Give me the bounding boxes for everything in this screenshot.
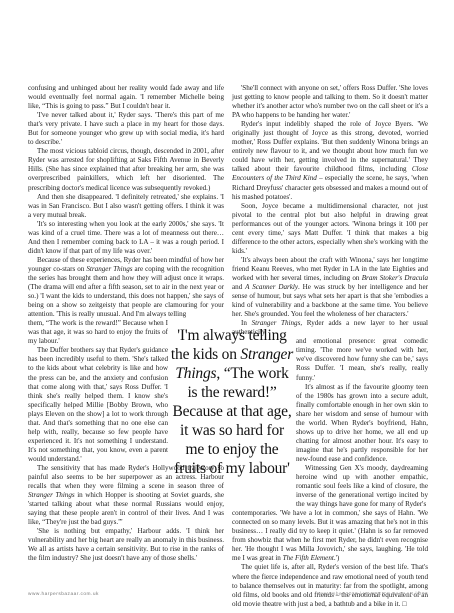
body-paragraph: 'It's so interesting when you look at th… — [28, 220, 224, 256]
text-run: The Duffer brothers say that Ryder's gui… — [28, 346, 168, 463]
pull-quote-line: the kids on Stranger — [166, 345, 298, 364]
text-run: It's almost as if the favourite gloomy t… — [296, 383, 428, 463]
text-run: fruits of my labour' — [174, 460, 289, 477]
pull-quote: 'I'm always tellingthe kids on StrangerT… — [166, 326, 298, 478]
text-block-wide: The sensitivity that has made Ryder's Ho… — [28, 464, 224, 564]
text-run: the kids on — [171, 346, 241, 363]
text-run: Soon, Joyce became a multidimensional ch… — [232, 202, 428, 255]
italic-title: Things — [175, 365, 216, 382]
text-run: and — [232, 283, 245, 291]
pull-quote-line: Because at that age, — [166, 402, 298, 421]
text-run: 'I've never talked about it,' Ryder says… — [28, 111, 224, 146]
body-paragraph: Because of these experiences, Ryder has … — [28, 256, 224, 319]
footer-issue-page-number: September 2022 | HARPER'S BAZAAR | 203 — [317, 592, 428, 597]
body-paragraph: Ryder's input indelibly shaped the role … — [232, 120, 428, 201]
text-run: 'She'll connect with anyone on set,' off… — [232, 84, 428, 119]
body-paragraph: The quiet life is, after all, Ryder's ve… — [232, 563, 428, 608]
text-block-narrow: them, “The work is the reward!” Because … — [28, 319, 168, 464]
text-run: Because at that age, — [172, 403, 291, 420]
text-run: And then she disappeared. 'I definitely … — [28, 193, 224, 219]
text-block-wide: confusing and unhinged about her reality… — [28, 84, 224, 319]
text-run: it was so hard for — [180, 422, 284, 439]
text-run: .') — [334, 554, 339, 562]
italic-title: Bram Stoker's Dracula — [362, 274, 428, 282]
text-run: and emotional presence: great comedic ti… — [296, 337, 428, 381]
text-run: The quiet life is, after all, Ryder's ve… — [232, 563, 428, 607]
pull-quote-line: Things, “The work — [166, 364, 298, 383]
italic-title: A Scanner Darkly — [245, 283, 298, 291]
body-paragraph: The most vicious tabloid circus, though,… — [28, 147, 224, 192]
text-run: 'I'm always telling — [177, 327, 286, 344]
text-block-wide: 'She'll connect with anyone on set,' off… — [232, 84, 428, 337]
magazine-page: confusing and unhinged about her reality… — [0, 0, 454, 613]
pull-quote-line: it was so hard for — [166, 421, 298, 440]
body-paragraph: The Duffer brothers say that Ryder's gui… — [28, 346, 168, 464]
text-run: Ryder's input indelibly shaped the role … — [232, 120, 428, 173]
italic-title: Stranger Things — [28, 491, 75, 499]
text-run: them, “The work is the reward!” Because … — [28, 319, 168, 345]
pull-quote-line: 'I'm always telling — [166, 326, 298, 345]
text-run: confusing and unhinged about her reality… — [28, 84, 224, 110]
body-paragraph: and emotional presence: great comedic ti… — [296, 337, 428, 382]
body-paragraph: contemporaries. 'We have a lot in common… — [232, 509, 428, 563]
body-paragraph: 'She is nothing but empathy,' Harbour ad… — [28, 527, 224, 563]
body-paragraph: 'I've never talked about it,' Ryder says… — [28, 111, 224, 147]
text-run: 'It's so interesting when you look at th… — [28, 220, 224, 255]
text-run: me to enjoy the — [186, 441, 279, 458]
text-block-narrow: and emotional presence: great comedic ti… — [296, 337, 428, 509]
body-paragraph: 'She'll connect with anyone on set,' off… — [232, 84, 428, 120]
body-paragraph: Soon, Joyce became a multidimensional ch… — [232, 202, 428, 256]
text-run: , “The work — [216, 365, 288, 382]
italic-title: Stranger Things — [86, 265, 132, 273]
footer-website-url: www.harpersbazaar.com.uk — [28, 592, 99, 597]
italic-title: The Fifth Element — [283, 554, 334, 562]
body-paragraph: Witnessing Gen X's moody, daydreaming he… — [296, 464, 428, 509]
body-paragraph: them, “The work is the reward!” Because … — [28, 319, 168, 346]
body-paragraph: It's almost as if the favourite gloomy t… — [296, 383, 428, 464]
body-paragraph: And then she disappeared. 'I definitely … — [28, 193, 224, 220]
pull-quote-line: is the reward!” — [166, 383, 298, 402]
text-run: 'She is nothing but empathy,' Harbour ad… — [28, 527, 224, 562]
italic-title: Stranger — [240, 346, 293, 363]
body-paragraph: confusing and unhinged about her reality… — [28, 84, 224, 111]
text-run: The most vicious tabloid circus, though,… — [28, 147, 224, 191]
pull-quote-line: me to enjoy the — [166, 440, 298, 459]
pull-quote-line: fruits of my labour' — [166, 459, 298, 478]
text-run: Witnessing Gen X's moody, daydreaming he… — [296, 464, 428, 508]
text-run: is the reward!” — [187, 384, 276, 401]
body-paragraph: 'It's always been about the craft with W… — [232, 256, 428, 319]
